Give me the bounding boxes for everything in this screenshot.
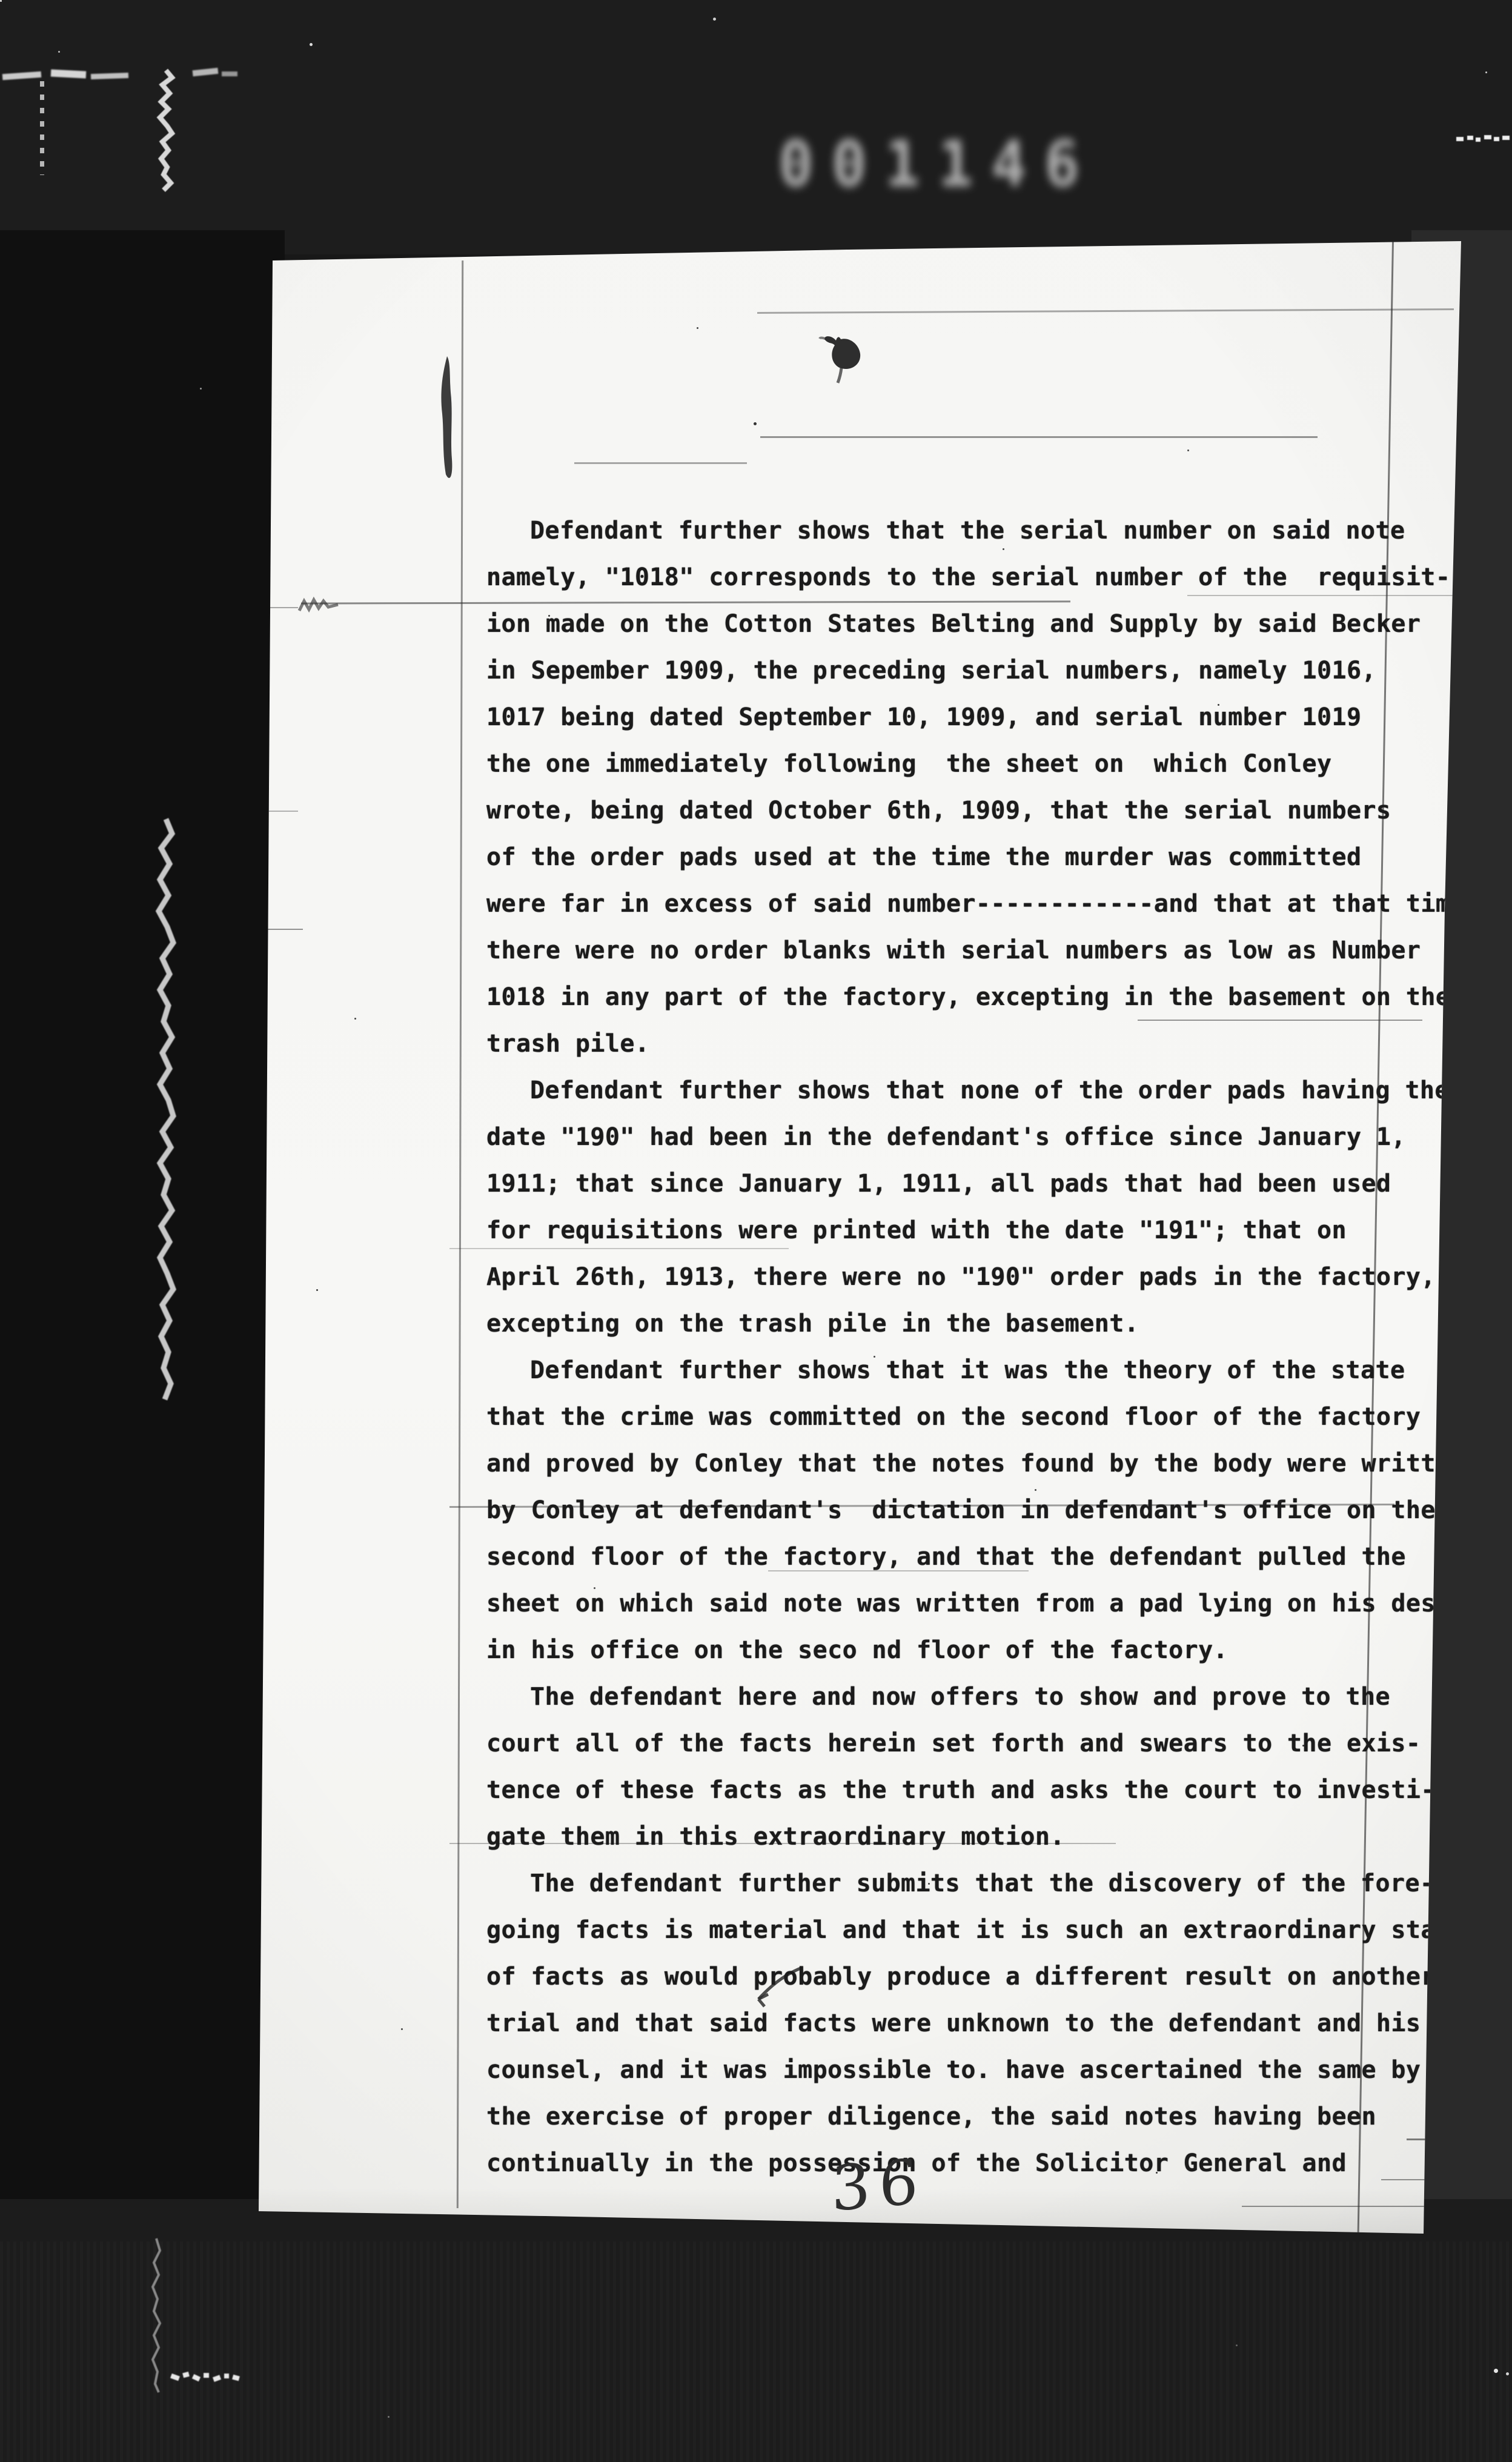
typed-line: excepting on the trash pile in the basem…	[486, 1301, 1468, 1347]
typed-line: The defendant further submits that the d…	[486, 1860, 1468, 1907]
typed-line: trash pile.	[486, 1021, 1468, 1067]
page-crease-line-left	[457, 260, 463, 2208]
scratch-squiggle-mark	[298, 594, 346, 618]
ink-smear	[436, 356, 460, 486]
typed-line: and proved by Conley that the notes foun…	[486, 1441, 1468, 1487]
typed-line: 1017 being dated September 10, 1909, and…	[486, 694, 1468, 741]
typed-line: in his office on the seco nd floor of th…	[486, 1627, 1468, 1674]
typed-line: of facts as would probably produce a dif…	[486, 1954, 1468, 2000]
film-scratch-squiggle-left	[154, 819, 181, 1401]
typed-line: of the order pads used at the time the m…	[486, 834, 1468, 881]
film-frame-stamp: 001146	[778, 128, 1098, 201]
typed-line: counsel, and it was impossible to. have …	[486, 2047, 1468, 2094]
typed-line: going facts is material and that it is s…	[486, 1907, 1468, 1954]
typed-line: second floor of the factory, and that th…	[486, 1534, 1468, 1581]
typed-line: that the crime was committed on the seco…	[486, 1394, 1468, 1441]
typed-text: Defendant further shows that the serial …	[486, 508, 1468, 2187]
typed-line: ion made on the Cotton States Belting an…	[486, 601, 1468, 648]
film-tick-marks	[171, 2370, 262, 2397]
typed-line: in Sepember 1909, the preceding serial n…	[486, 648, 1468, 694]
film-band-left	[0, 230, 285, 2229]
page-number-handwritten: 36	[831, 2145, 927, 2226]
typed-line: continually in the possession of the Sol…	[486, 2140, 1468, 2187]
ink-blob	[819, 327, 877, 388]
typed-line: namely, "1018" corresponds to the serial…	[486, 554, 1468, 601]
typed-line: wrote, being dated October 6th, 1909, th…	[486, 788, 1468, 834]
film-edge-dotted-line	[40, 81, 44, 175]
typed-line: 1911; that since January 1, 1911, all pa…	[486, 1161, 1468, 1207]
typed-line: by Conley at defendant's dictation in de…	[486, 1487, 1468, 1534]
typed-line: sheet on which said note was written fro…	[486, 1581, 1468, 1627]
film-edge-mark	[222, 71, 237, 76]
typed-line: Defendant further shows that the serial …	[486, 508, 1468, 554]
typed-line: Defendant further shows that it was the …	[486, 1347, 1468, 1394]
typed-line: tence of these facts as the truth and as…	[486, 1767, 1468, 1814]
typed-line: 1018 in any part of the factory, excepti…	[486, 974, 1468, 1021]
film-band-top	[0, 0, 1512, 254]
film-grain-texture	[0, 2241, 1512, 2462]
scratch-line	[1242, 2206, 1425, 2207]
typed-line: gate them in this extraordinary motion.	[486, 1814, 1468, 1860]
typed-line: trial and that said facts were unknown t…	[486, 2000, 1468, 2047]
typed-line: April 26th, 1913, there were no "190" or…	[486, 1254, 1468, 1301]
scratch-line	[574, 462, 747, 464]
typed-line: court all of the facts herein set forth …	[486, 1720, 1468, 1767]
film-scratch-squiggle-top	[156, 70, 178, 191]
scratch-line	[760, 436, 1318, 438]
film-edge-mark-row	[1456, 133, 1512, 143]
typed-line: for requisitions were printed with the d…	[486, 1207, 1468, 1254]
typed-line: the exercise of proper diligence, the sa…	[486, 2094, 1468, 2140]
film-scratch-squiggle-bottom	[149, 2238, 165, 2393]
typed-line: The defendant here and now offers to sho…	[486, 1674, 1468, 1720]
typed-line: there were no order blanks with serial n…	[486, 927, 1468, 974]
typed-line: Defendant further shows that none of the…	[486, 1067, 1468, 1114]
typed-line: the one immediately following the sheet …	[486, 741, 1468, 788]
film-dust-specks	[0, 0, 2, 2]
film-background: 001146	[0, 0, 1512, 2462]
typed-line: date "190" had been in the defendant's o…	[486, 1114, 1468, 1161]
scratch-line	[757, 308, 1454, 314]
typed-line: were far in excess of said number-------…	[486, 881, 1468, 927]
